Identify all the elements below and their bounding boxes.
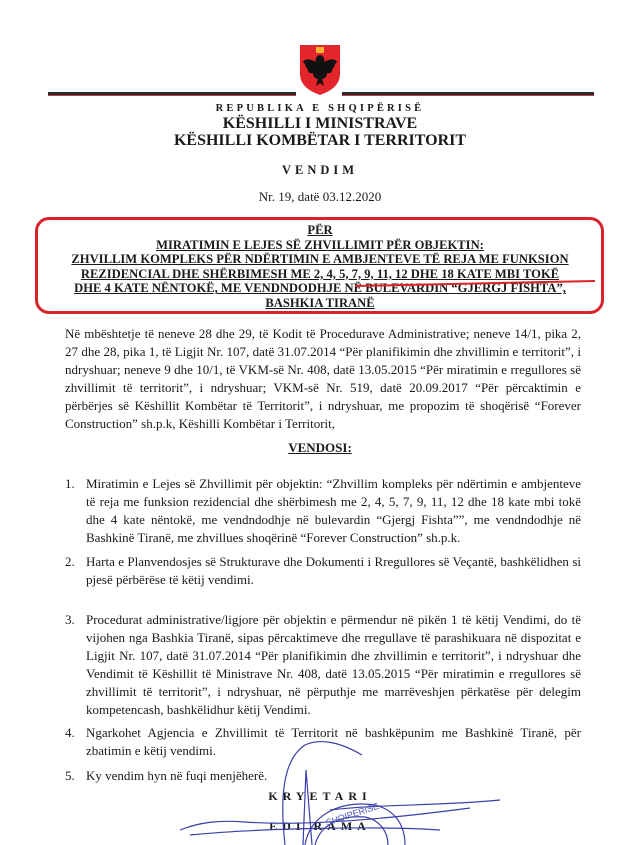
list-item: 3. Procedurat administrative/ligjore për… — [65, 611, 581, 719]
decision-title: PËR MIRATIMIN E LEJES SË ZHVILLIMIT PËR … — [0, 223, 640, 311]
item-number: 2. — [65, 553, 75, 571]
signatory-role: KRYETARI — [0, 789, 640, 804]
item-number: 5. — [65, 767, 75, 785]
item-text: Procedurat administrative/ligjore për ob… — [86, 611, 581, 719]
title-line: PËR — [307, 223, 332, 237]
preamble-paragraph: Në mbështetje të neneve 28 dhe 29, të Ko… — [65, 325, 581, 433]
decides-heading: VENDOSI: — [0, 440, 640, 456]
decision-number-date: Nr. 19, datë 03.12.2020 — [0, 189, 640, 205]
institution-council-ministers: KËSHILLI I MINISTRAVE — [0, 115, 640, 133]
item-text: Ky vendim hyn në fuqi menjëherë. — [86, 767, 581, 785]
decides-heading-text: VENDOSI: — [288, 440, 352, 455]
list-item: 5. Ky vendim hyn në fuqi menjëherë. — [65, 767, 581, 785]
list-item: 4. Ngarkohet Agjencia e Zhvillimit të Te… — [65, 724, 581, 760]
coat-of-arms-icon — [299, 44, 341, 96]
title-line: ZHVILLIM KOMPLEKS PËR NDËRTIMIN E AMBJEN… — [71, 252, 568, 266]
title-line: REZIDENCIAL DHE SHËRBIMESH ME 2, 4, 5, 7… — [81, 267, 559, 281]
title-line: BASHKIA TIRANË — [265, 296, 374, 310]
item-number: 3. — [65, 611, 75, 629]
republic-name: REPUBLIKA E SHQIPËRISË — [0, 103, 640, 114]
item-text: Ngarkohet Agjencia e Zhvillimit të Terri… — [86, 724, 581, 760]
item-number: 1. — [65, 475, 75, 493]
decision-type: VENDIM — [0, 163, 640, 178]
institution-territory-council: KËSHILLI KOMBËTAR I TERRITORIT — [0, 132, 640, 150]
title-line: MIRATIMIN E LEJES SË ZHVILLIMIT PËR OBJE… — [156, 238, 484, 252]
item-number: 4. — [65, 724, 75, 742]
signatory-name: EDI RAMA — [0, 819, 640, 834]
header-rule-right — [342, 92, 594, 96]
list-item: 1. Miratimin e Lejes së Zhvillimit për o… — [65, 475, 581, 547]
list-item: 2. Harta e Planvendosjes së Strukturave … — [65, 553, 581, 589]
item-text: Miratimin e Lejes së Zhvillimit për obje… — [86, 475, 581, 547]
item-text: Harta e Planvendosjes së Strukturave dhe… — [86, 553, 581, 589]
header-rule-left — [48, 92, 296, 96]
